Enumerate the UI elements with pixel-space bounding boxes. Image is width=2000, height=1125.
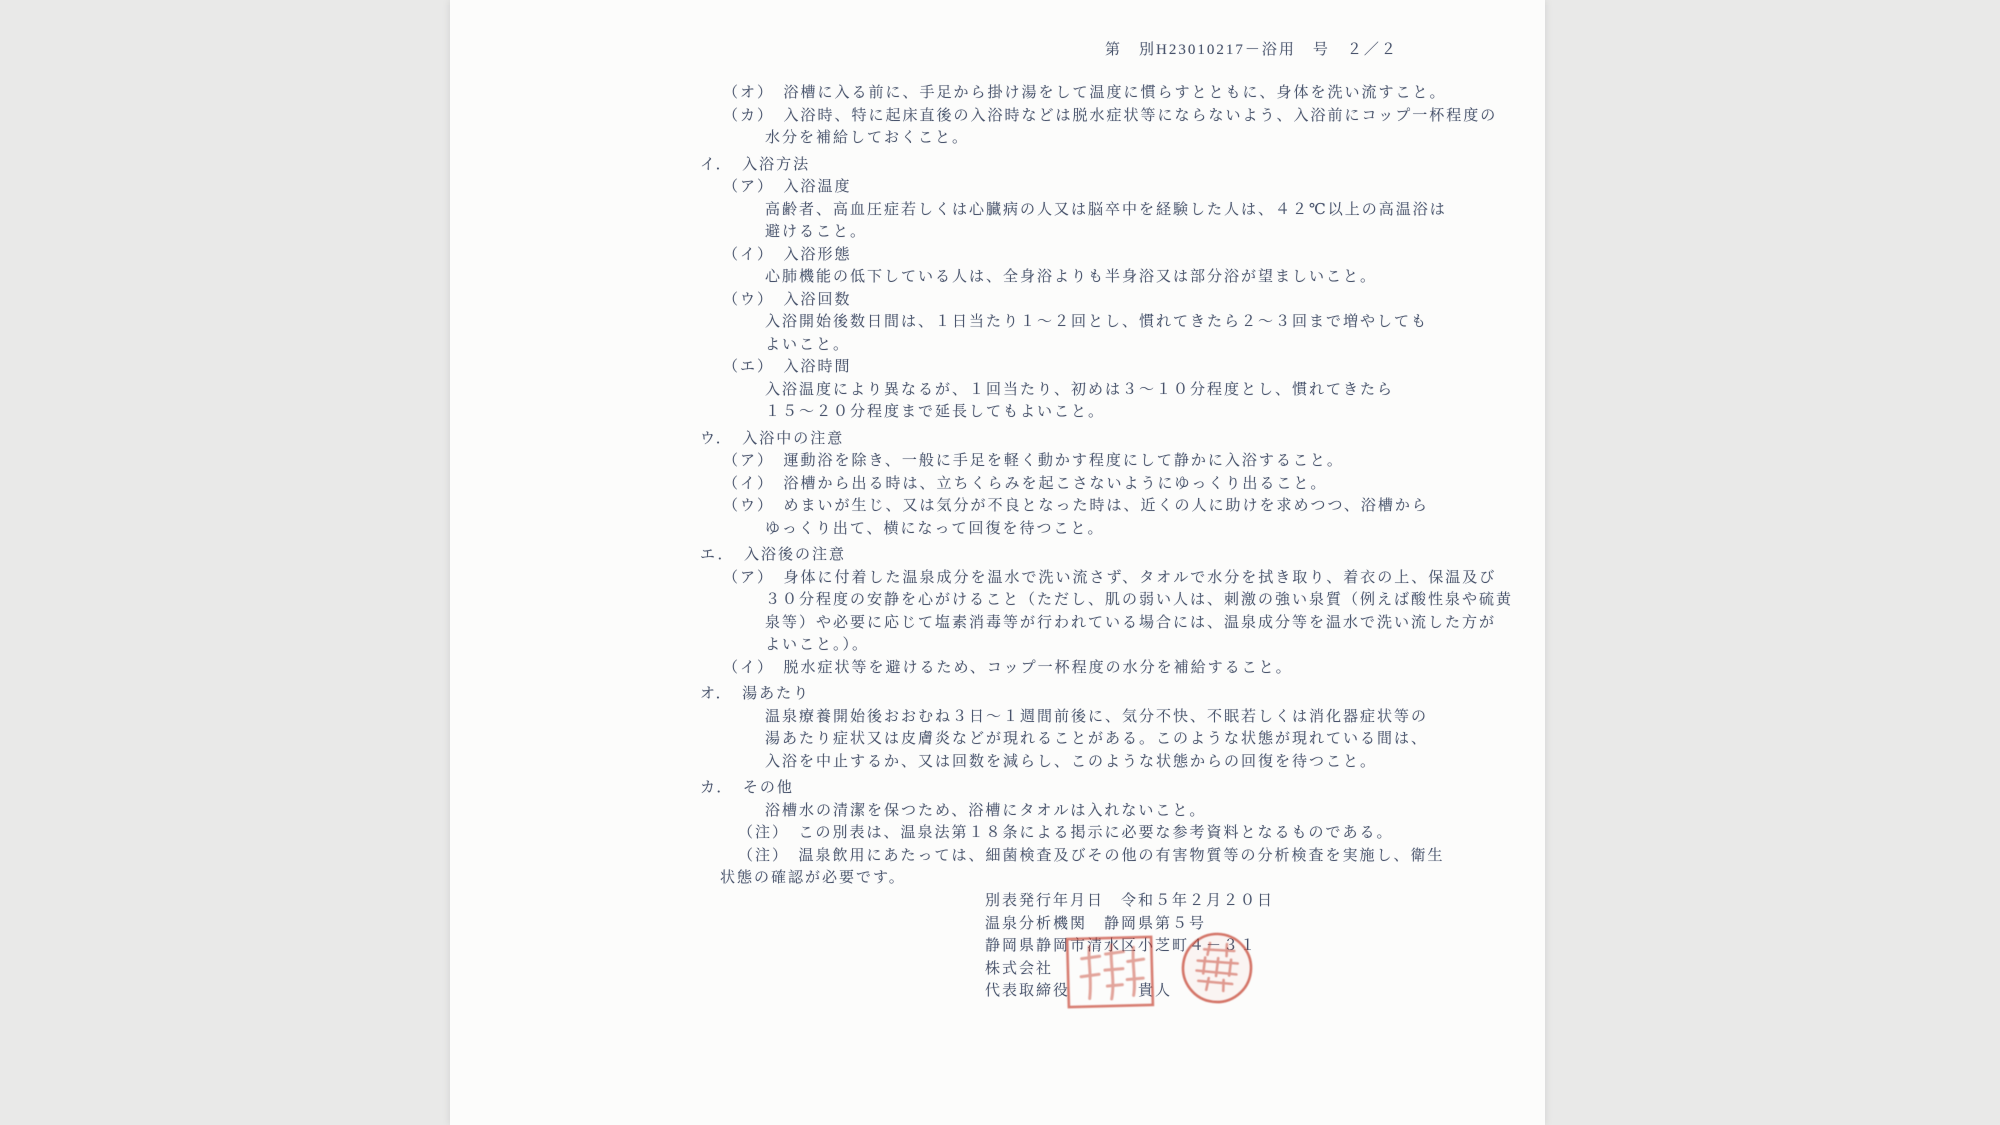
document-line: カ． その他 — [700, 777, 1545, 800]
document-line: 心肺機能の低下している人は、全身浴よりも半身浴又は部分浴が望ましいこと。 — [765, 266, 1545, 289]
document-line: 避けること。 — [765, 221, 1545, 244]
document-line: （オ） 浴槽に入る前に、手足から掛け湯をして温度に慣らすとともに、身体を洗い流す… — [723, 82, 1545, 105]
document-line: （ウ） 入浴回数 — [723, 289, 1545, 312]
document-line: ゆっくり出て、横になって回復を待つこと。 — [765, 518, 1545, 541]
document-line: １５〜２０分程度まで延長してもよいこと。 — [765, 401, 1545, 424]
document-page: 第 別H23010217－浴用 号 ２／２ （オ） 浴槽に入る前に、手足から掛け… — [450, 0, 1545, 1125]
document-line: よいこと。 — [765, 334, 1545, 357]
document-line: 泉等）や必要に応じて塩素消毒等が行われている場合には、温泉成分等を温水で洗い流し… — [765, 612, 1545, 635]
red-square-seal — [1065, 935, 1155, 1009]
document-line: （イ） 浴槽から出る時は、立ちくらみを起こさないようにゆっくり出ること。 — [723, 473, 1545, 496]
document-line: （ア） 入浴温度 — [723, 176, 1545, 199]
document-line: 状態の確認が必要です。 — [720, 867, 1545, 890]
document-line: （エ） 入浴時間 — [723, 356, 1545, 379]
document-line: 高齢者、高血圧症若しくは心臓病の人又は脳卒中を経験した人は、４２℃以上の高温浴は — [765, 199, 1545, 222]
document-line: よいこと。）。 — [765, 634, 1545, 657]
document-line: 入浴温度により異なるが、１回当たり、初めは３〜１０分程度とし、慣れてきたら — [765, 379, 1545, 402]
document-line: （注） 温泉飲用にあたっては、細菌検査及びその他の有害物質等の分析検査を実施し、… — [738, 845, 1545, 868]
document-line: 入浴開始後数日間は、１日当たり１〜２回とし、慣れてきたら２〜３回まで増やしても — [765, 311, 1545, 334]
document-line: （ア） 運動浴を除き、一般に手足を軽く動かす程度にして静かに入浴すること。 — [723, 450, 1545, 473]
document-line: （ア） 身体に付着した温泉成分を温水で洗い流さず、タオルで水分を拭き取り、着衣の… — [723, 567, 1545, 590]
page-header: 第 別H23010217－浴用 号 ２／２ — [1105, 40, 1398, 60]
document-line: （カ） 入浴時、特に起床直後の入浴時などは脱水症状等にならないよう、入浴前にコッ… — [723, 105, 1545, 128]
document-line: ３０分程度の安静を心がけること（ただし、肌の弱い人は、刺激の強い泉質（例えば酸性… — [765, 589, 1545, 612]
document-line: 湯あたり症状又は皮膚炎などが現れることがある。このような状態が現れている間は、 — [765, 728, 1545, 751]
document-line: ウ． 入浴中の注意 — [700, 428, 1545, 451]
document-line: （注） この別表は、温泉法第１８条による掲示に必要な参考資料となるものである。 — [738, 822, 1545, 845]
document-line: エ． 入浴後の注意 — [700, 544, 1545, 567]
document-line: オ． 湯あたり — [700, 683, 1545, 706]
document-line: イ． 入浴方法 — [700, 154, 1545, 177]
document-body: （オ） 浴槽に入る前に、手足から掛け湯をして温度に慣らすとともに、身体を洗い流す… — [450, 82, 1545, 890]
document-line: 温泉療養開始後おおむね３日〜１週間前後に、気分不快、不眠若しくは消化器症状等の — [765, 706, 1545, 729]
footer-line: 別表発行年月日 令和５年２月２０日 — [985, 890, 1274, 913]
document-line: 浴槽水の清潔を保つため、浴槽にタオルは入れないこと。 — [765, 800, 1545, 823]
document-line: （イ） 入浴形態 — [723, 244, 1545, 267]
document-line: （イ） 脱水症状等を避けるため、コップ一杯程度の水分を補給すること。 — [723, 657, 1545, 680]
document-line: 入浴を中止するか、又は回数を減らし、このような状態からの回復を待つこと。 — [765, 751, 1545, 774]
red-round-seal — [1176, 927, 1258, 1009]
document-line: 水分を補給しておくこと。 — [765, 127, 1545, 150]
document-line: （ウ） めまいが生じ、又は気分が不良となった時は、近くの人に助けを求めつつ、浴槽… — [723, 495, 1545, 518]
